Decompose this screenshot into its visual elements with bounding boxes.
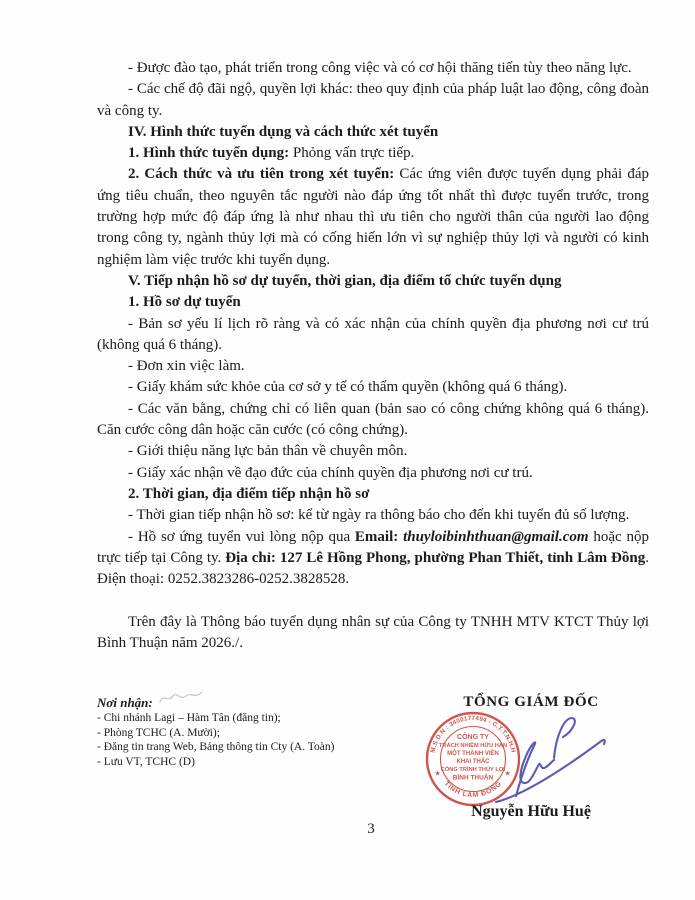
handwritten-scribble xyxy=(158,690,204,705)
signer-name: Nguyễn Hữu Huệ xyxy=(420,803,642,821)
document-body: - Được đào tạo, phát triển trong công vi… xyxy=(97,58,649,654)
signature-block: TỔNG GIÁM ĐỐC M.S.D.N : 3400177494 - C.T… xyxy=(420,694,642,711)
heading-ho-so: 1. Hồ sơ dự tuyển xyxy=(97,292,649,313)
paragraph-text: Trên đây là Thông báo tuyển dụng nhân sự… xyxy=(97,614,649,651)
paragraph-text: - Giấy khám sức khỏe của cơ sở y tế có t… xyxy=(128,379,567,395)
signature-sweep-stroke xyxy=(496,740,605,802)
run-bold: 1. Hình thức tuyển dụng: xyxy=(128,145,289,161)
signature-main-stroke xyxy=(516,742,554,796)
recipient-item: - Phòng TCHC (A. Mười); xyxy=(97,726,407,741)
paragraph-closing: Trên đây là Thông báo tuyển dụng nhân sự… xyxy=(97,612,649,655)
paragraph-text: - Các chế độ đãi ngộ, quyền lợi khác: th… xyxy=(97,81,649,118)
recipient-item: - Đăng tin trang Web, Bảng thông tin Cty… xyxy=(97,740,407,755)
run-text: Phỏng vấn trực tiếp. xyxy=(289,145,414,161)
paragraph-text: - Giới thiệu năng lực bản thân về chuyên… xyxy=(128,443,407,459)
run-text: - Hồ sơ ứng tuyển vui lòng nộp qua xyxy=(128,529,355,545)
recipients-block: Nơi nhận: - Chi nhánh Lagi – Hàm Tân (đă… xyxy=(97,690,407,769)
recipient-item: - Lưu VT, TCHC (D) xyxy=(97,755,407,770)
paragraph-text: - Giấy xác nhận về đạo đức của chính quy… xyxy=(128,465,533,481)
run-bold: 2. Cách thức và ưu tiên trong xét tuyển: xyxy=(128,166,394,182)
paragraph-benefit-training: - Được đào tạo, phát triển trong công vi… xyxy=(97,58,649,79)
list-item-so-yeu-li-lich: - Bản sơ yếu lí lịch rõ ràng và có xác n… xyxy=(97,314,649,357)
heading-text: V. Tiếp nhận hồ sơ dự tuyển, thời gian, … xyxy=(128,273,561,289)
list-item-don-xin-viec: - Đơn xin việc làm. xyxy=(97,356,649,377)
paragraph-text: - Bản sơ yếu lí lịch rõ ràng và có xác n… xyxy=(97,316,649,353)
recipients-label: Nơi nhận: xyxy=(97,695,153,710)
signature-curl-stroke xyxy=(554,718,575,758)
recipient-item: - Chi nhánh Lagi – Hàm Tân (đăng tin); xyxy=(97,711,407,726)
heading-section-v: V. Tiếp nhận hồ sơ dự tuyển, thời gian, … xyxy=(97,271,649,292)
paragraph-text: - Thời gian tiếp nhận hồ sơ: kể từ ngày … xyxy=(128,507,629,523)
heading-section-iv: IV. Hình thức tuyển dụng và cách thức xé… xyxy=(97,122,649,143)
paragraph-cach-thuc: 2. Cách thức và ưu tiên trong xét tuyển:… xyxy=(97,164,649,270)
list-item-van-bang: - Các văn bằng, chứng chỉ có liên quan (… xyxy=(97,399,649,442)
page-number: 3 xyxy=(0,821,695,838)
paragraph-hinh-thuc: 1. Hình thức tuyển dụng: Phỏng vấn trực … xyxy=(97,143,649,164)
list-item-thoi-gian: - Thời gian tiếp nhận hồ sơ: kể từ ngày … xyxy=(97,505,649,526)
list-item-xac-nhan-dao-duc: - Giấy xác nhận về đạo đức của chính quy… xyxy=(97,463,649,484)
paragraph-benefit-other: - Các chế độ đãi ngộ, quyền lợi khác: th… xyxy=(97,79,649,122)
document-page: - Được đào tạo, phát triển trong công vi… xyxy=(0,0,695,900)
list-item-kham-suc-khoe: - Giấy khám sức khỏe của cơ sở y tế có t… xyxy=(97,377,649,398)
heading-text: 1. Hồ sơ dự tuyển xyxy=(128,294,241,310)
company-address: Địa chỉ: 127 Lê Hồng Phong, phường Phan … xyxy=(225,550,645,566)
heading-text: IV. Hình thức tuyển dụng và cách thức xé… xyxy=(128,124,438,140)
heading-thoi-gian: 2. Thời gian, địa điểm tiếp nhận hồ sơ xyxy=(97,484,649,505)
paragraph-text: - Các văn bằng, chứng chỉ có liên quan (… xyxy=(97,401,649,438)
heading-text: 2. Thời gian, địa điểm tiếp nhận hồ sơ xyxy=(128,486,369,502)
recipients-label-row: Nơi nhận: xyxy=(97,690,407,711)
email-label: Email: xyxy=(355,529,403,545)
paragraph-nop-ho-so: - Hồ sơ ứng tuyển vui lòng nộp qua Email… xyxy=(97,527,649,591)
paragraph-text: - Đơn xin việc làm. xyxy=(128,358,245,374)
list-item-gioi-thieu: - Giới thiệu năng lực bản thân về chuyên… xyxy=(97,441,649,462)
email-address: thuyloibinhthuan@gmail.com xyxy=(403,529,588,545)
paragraph-text: - Được đào tạo, phát triển trong công vi… xyxy=(128,60,632,76)
